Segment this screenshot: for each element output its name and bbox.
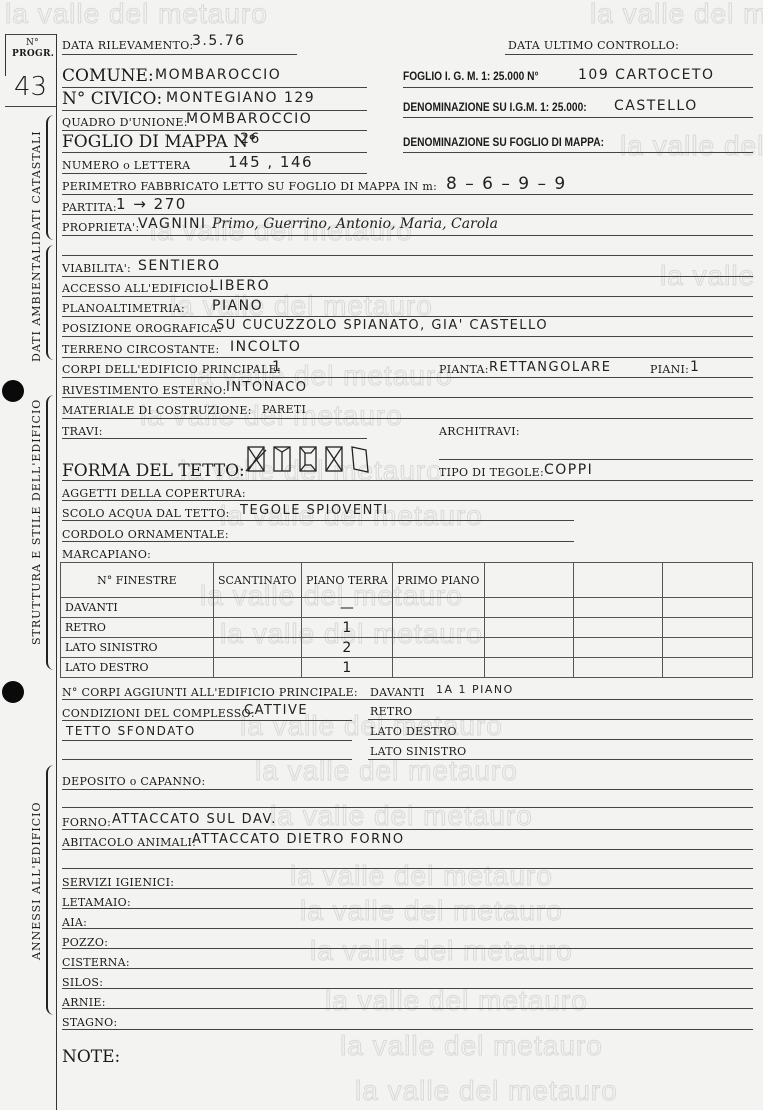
denom-mappa-label: DENOMINAZIONE SU FOGLIO DI MAPPA:: [403, 135, 604, 149]
rule: [62, 908, 753, 909]
table-row: RETRO 1: [61, 618, 753, 638]
punch-hole: [2, 681, 24, 703]
corpi-retro-label: RETRO: [370, 705, 412, 718]
cell[interactable]: [663, 598, 753, 618]
cell[interactable]: [663, 658, 753, 678]
condizioni-value[interactable]: CATTIVE: [244, 703, 308, 718]
rule: [62, 520, 574, 521]
corpi-lato-destro-label: LATO DESTRO: [370, 725, 457, 738]
cell[interactable]: —: [301, 598, 392, 618]
corpi-value[interactable]: 1: [272, 359, 282, 375]
rule: [62, 87, 367, 88]
cell[interactable]: [213, 658, 301, 678]
terreno-label: TERRENO CIRCOSTANTE:: [62, 343, 220, 356]
cell[interactable]: [574, 658, 663, 678]
data-rilevamento-label: DATA RILEVAMENTO:: [62, 39, 194, 52]
civico-label: N° CIVICO:: [62, 89, 162, 109]
roof-hipped-icon[interactable]: [297, 444, 319, 474]
roof-shape-options: [245, 444, 371, 474]
table-row: LATO SINISTRO 2: [61, 638, 753, 658]
column-header: [663, 563, 753, 598]
proprieta-label: PROPRIETA':: [62, 221, 139, 234]
quadro-value[interactable]: MOMBAROCCIO: [186, 111, 312, 127]
corpi-label: CORPI DELL'EDIFICIO PRINCIPALE:: [62, 363, 281, 376]
rule: [62, 789, 753, 790]
table-row: DAVANTI —: [61, 598, 753, 618]
margin-line: [56, 34, 57, 1110]
windows-table: N° FINESTRE SCANTINATO PIANO TERRA PRIMO…: [60, 562, 753, 678]
watermark: la valle del metauro: [270, 800, 533, 832]
partita-label: PARTITA:: [62, 201, 117, 214]
column-header: [574, 563, 663, 598]
rule: [505, 54, 753, 55]
proprieta-value-surname[interactable]: VAGNINI: [138, 216, 207, 232]
brace: [46, 395, 54, 670]
data-rilevamento-value[interactable]: 3.5.76: [192, 33, 246, 49]
rivestimento-label: RIVESTIMENTO ESTERNO:: [62, 384, 226, 397]
row-label: LATO DESTRO: [61, 658, 214, 678]
civico-value[interactable]: MONTEGIANO 129: [166, 90, 315, 106]
condizioni-note[interactable]: TETTO SFONDATO: [66, 724, 196, 738]
denom-igm-value[interactable]: CASTELLO: [614, 98, 698, 114]
posizione-label: POSIZIONE OROGRAFICA:: [62, 322, 222, 335]
rule: [62, 868, 753, 869]
posizione-value[interactable]: SU CUCUZZOLO SPIANATO, GIA' CASTELLO: [216, 318, 548, 333]
section-label-struttura: STRUTTURA E STILE DELL'EDIFICIO: [30, 399, 43, 645]
watermark: la valle del metauro: [310, 935, 573, 967]
planoalt-label: PLANOALTIMETRIA:: [62, 302, 185, 315]
pianta-label: PIANTA:: [439, 363, 489, 376]
materiale-label: MATERIALE DI COSTRUZIONE:: [62, 404, 252, 417]
column-header: [484, 563, 573, 598]
column-header: PRIMO PIANO: [392, 563, 484, 598]
piani-value[interactable]: 1: [690, 359, 700, 375]
perimetro-label: PERIMETRO FABBRICATO LETTO SU FOGLIO DI …: [62, 180, 437, 193]
forma-tetto-label: FORMA DEL TETTO:: [62, 461, 245, 481]
section-label-ambientali: DATI AMBIENTALI: [30, 240, 43, 362]
table-header-row: N° FINESTRE SCANTINATO PIANO TERRA PRIMO…: [61, 563, 753, 598]
rule: [62, 888, 753, 889]
rule: [62, 1008, 753, 1009]
rule: [62, 54, 297, 55]
rule: [368, 719, 753, 720]
travi-label: TRAVI:: [62, 425, 103, 438]
rule: [62, 928, 753, 929]
rule: [403, 87, 753, 88]
cell[interactable]: [574, 638, 663, 658]
rule: [62, 438, 367, 439]
cell[interactable]: [663, 638, 753, 658]
rule: [62, 152, 367, 153]
watermark: la valle del metauro: [5, 0, 268, 30]
progr-box-bottom: [5, 106, 56, 107]
cell[interactable]: [484, 638, 573, 658]
viabilita-value[interactable]: SENTIERO: [138, 258, 220, 274]
brace: [46, 245, 54, 360]
rule: [62, 740, 352, 741]
corpi-davanti-value[interactable]: 1A 1 PIANO: [436, 683, 514, 696]
proprieta-value-names[interactable]: Primo, Guerrino, Antonio, Maria, Carola: [212, 216, 498, 232]
note-label: NOTE:: [62, 1047, 120, 1067]
rule: [62, 418, 753, 419]
rule: [62, 336, 753, 337]
progr-label: PROGR.: [12, 49, 54, 59]
materiale-value[interactable]: PARETI: [262, 403, 306, 416]
foglio-mappa-value[interactable]: 26: [240, 131, 261, 147]
progr-label: N°: [26, 38, 39, 48]
rule: [62, 988, 753, 989]
cell[interactable]: [392, 658, 484, 678]
accesso-value[interactable]: LIBERO: [210, 278, 270, 294]
rule: [62, 968, 753, 969]
quadro-label: QUADRO D'UNIONE:: [62, 116, 188, 129]
watermark: la valle del metauro: [340, 1030, 603, 1062]
cell[interactable]: 1: [301, 658, 392, 678]
rule: [62, 296, 753, 297]
comune-label: COMUNE:: [62, 66, 154, 86]
cordolo-label: CORDOLO ORNAMENTALE:: [62, 528, 229, 541]
rule: [62, 397, 753, 398]
cell[interactable]: [392, 618, 484, 638]
progr-box-left: [5, 34, 6, 76]
cell[interactable]: [213, 598, 301, 618]
terreno-value[interactable]: INCOLTO: [230, 339, 301, 355]
scolo-label: SCOLO ACQUA DAL TETTO:: [62, 507, 230, 520]
brace: [46, 115, 54, 240]
rule: [368, 739, 753, 740]
row-label: LATO SINISTRO: [61, 638, 214, 658]
rule: [62, 500, 753, 501]
rule: [62, 829, 753, 830]
rule: [62, 699, 753, 700]
data-ultimo-controllo-label: DATA ULTIMO CONTROLLO:: [508, 39, 679, 52]
abitacolo-value[interactable]: ATTACCATO DIETRO FORNO: [192, 832, 405, 847]
rule: [403, 152, 753, 153]
rule: [62, 720, 352, 721]
rule: [62, 948, 753, 949]
rule: [62, 276, 753, 277]
tipo-tegole-label: TIPO DI TEGOLE:: [439, 466, 544, 479]
rule: [62, 173, 367, 174]
forno-value[interactable]: ATTACCATO SUL DAV.: [112, 812, 277, 827]
watermark: la valle del metauro: [355, 1075, 618, 1107]
rule: [62, 255, 753, 256]
row-label: DAVANTI: [61, 598, 214, 618]
row-label: RETRO: [61, 618, 214, 638]
rule: [62, 235, 753, 236]
rule: [62, 849, 753, 850]
rule: [62, 541, 574, 542]
planoalt-value[interactable]: PIANO: [212, 298, 263, 314]
condizioni-label: CONDIZIONI DEL COMPLESSO:: [62, 707, 255, 720]
rule: [62, 480, 753, 481]
cell[interactable]: 1: [301, 618, 392, 638]
cell[interactable]: [484, 618, 573, 638]
cell[interactable]: [213, 618, 301, 638]
viabilita-label: VIABILITA':: [62, 262, 131, 275]
foglio-igm-label: FOGLIO I. G. M. 1: 25.000 N°: [403, 69, 539, 83]
punch-hole: [2, 380, 24, 402]
column-header: SCANTINATO: [213, 563, 301, 598]
cell[interactable]: [213, 638, 301, 658]
perimetro-value[interactable]: 8 – 6 – 9 – 9: [446, 174, 567, 194]
rule: [62, 807, 753, 808]
section-label-annessi: ANNESSI ALL'EDIFICIO: [30, 802, 43, 960]
roof-shed-icon[interactable]: [349, 444, 371, 474]
rule: [62, 357, 753, 358]
watermark: la valle del metauro: [590, 0, 763, 30]
cell[interactable]: [663, 618, 753, 638]
denom-igm-label: DENOMINAZIONE SU I.G.M. 1: 25.000:: [403, 100, 587, 114]
corpi-lato-sinistro-label: LATO SINISTRO: [370, 745, 466, 758]
brace: [46, 765, 54, 1015]
comune-value[interactable]: MOMBAROCCIO: [155, 67, 281, 83]
aggetti-label: AGGETTI DELLA COPERTURA:: [62, 487, 246, 500]
tipo-tegole-value[interactable]: COPPI: [544, 462, 593, 478]
rule: [62, 316, 753, 317]
watermark: la valle del metauro: [300, 895, 563, 927]
cell[interactable]: [574, 618, 663, 638]
watermark: la valle del metauro: [620, 130, 763, 162]
stagno-label: STAGNO:: [62, 1016, 117, 1029]
piani-label: PIANI:: [650, 363, 689, 376]
scolo-value[interactable]: TEGOLE SPIOVENTI: [240, 503, 389, 518]
abitacolo-label: ABITACOLO ANIMALI:: [62, 836, 196, 849]
roof-pyramid-icon[interactable]: [323, 444, 345, 474]
corpi-davanti-label: DAVANTI: [370, 686, 425, 699]
rule: [62, 1029, 753, 1030]
cell[interactable]: [392, 638, 484, 658]
forno-label: FORNO:: [62, 816, 111, 829]
progr-box-top: [5, 34, 56, 35]
rule: [368, 759, 753, 760]
foglio-mappa-label: FOGLIO DI MAPPA N°: [62, 132, 256, 152]
section-label-catastali: DATI CATASTALI: [30, 130, 43, 240]
cell[interactable]: [484, 658, 573, 678]
cell[interactable]: [574, 598, 663, 618]
column-header: N° FINESTRE: [61, 563, 214, 598]
progr-number: 43: [14, 72, 47, 102]
column-header: PIANO TERRA: [301, 563, 392, 598]
cell[interactable]: 2: [301, 638, 392, 658]
rivestimento-value[interactable]: INTONACO: [226, 380, 307, 395]
rule: [403, 117, 753, 118]
cell[interactable]: [484, 598, 573, 618]
pianta-value[interactable]: RETTANGOLARE: [489, 360, 612, 375]
cell[interactable]: [392, 598, 484, 618]
roof-hip-crossed-icon[interactable]: [245, 444, 267, 474]
rule: [62, 130, 367, 131]
rule: [62, 377, 753, 378]
rule: [62, 759, 352, 760]
deposito-label: DEPOSITO o CAPANNO:: [62, 775, 206, 788]
partita-value[interactable]: 1 → 270: [116, 195, 187, 213]
table-row: LATO DESTRO 1: [61, 658, 753, 678]
marcapiano-label: MARCAPIANO:: [62, 548, 151, 561]
roof-gable-icon[interactable]: [271, 444, 293, 474]
rule: [62, 214, 753, 215]
numero-value[interactable]: 145 , 146: [228, 153, 313, 171]
architravi-label: ARCHITRAVI:: [439, 425, 520, 438]
numero-label: NUMERO o LETTERA: [62, 159, 190, 172]
foglio-igm-value[interactable]: 109 CARTOCETO: [578, 67, 715, 83]
rule: [439, 459, 753, 460]
corpi-aggiunti-label: N° CORPI AGGIUNTI ALL'EDIFICIO PRINCIPAL…: [62, 686, 358, 699]
watermark: la valle del metauro: [325, 985, 588, 1017]
accesso-label: ACCESSO ALL'EDIFICIO:: [62, 282, 213, 295]
